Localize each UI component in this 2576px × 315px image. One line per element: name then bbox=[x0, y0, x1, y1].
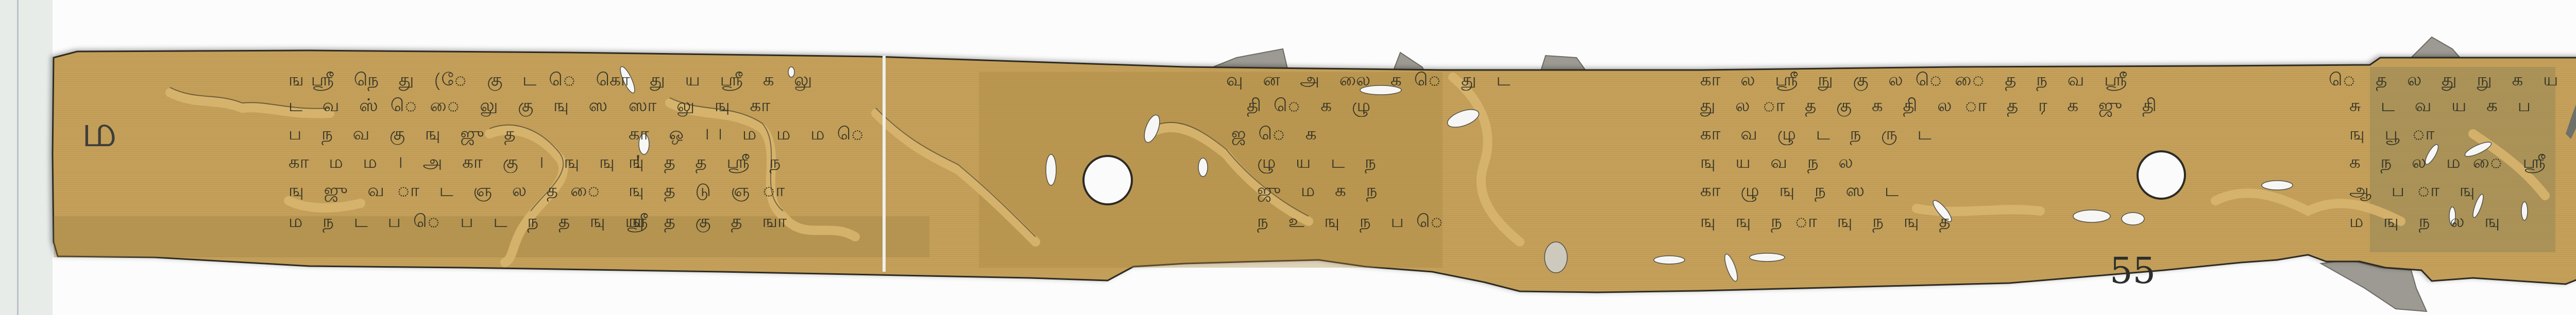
palm-leaf-illustration bbox=[0, 0, 2576, 315]
manuscript-stage: ஙஸ்ரீ நெ து (ே கு ட ெ கொ து ய ஸ்ரீ க லு … bbox=[0, 0, 2576, 315]
binding-hole-right bbox=[2138, 151, 2185, 199]
binding-hole-left bbox=[1083, 156, 1132, 204]
